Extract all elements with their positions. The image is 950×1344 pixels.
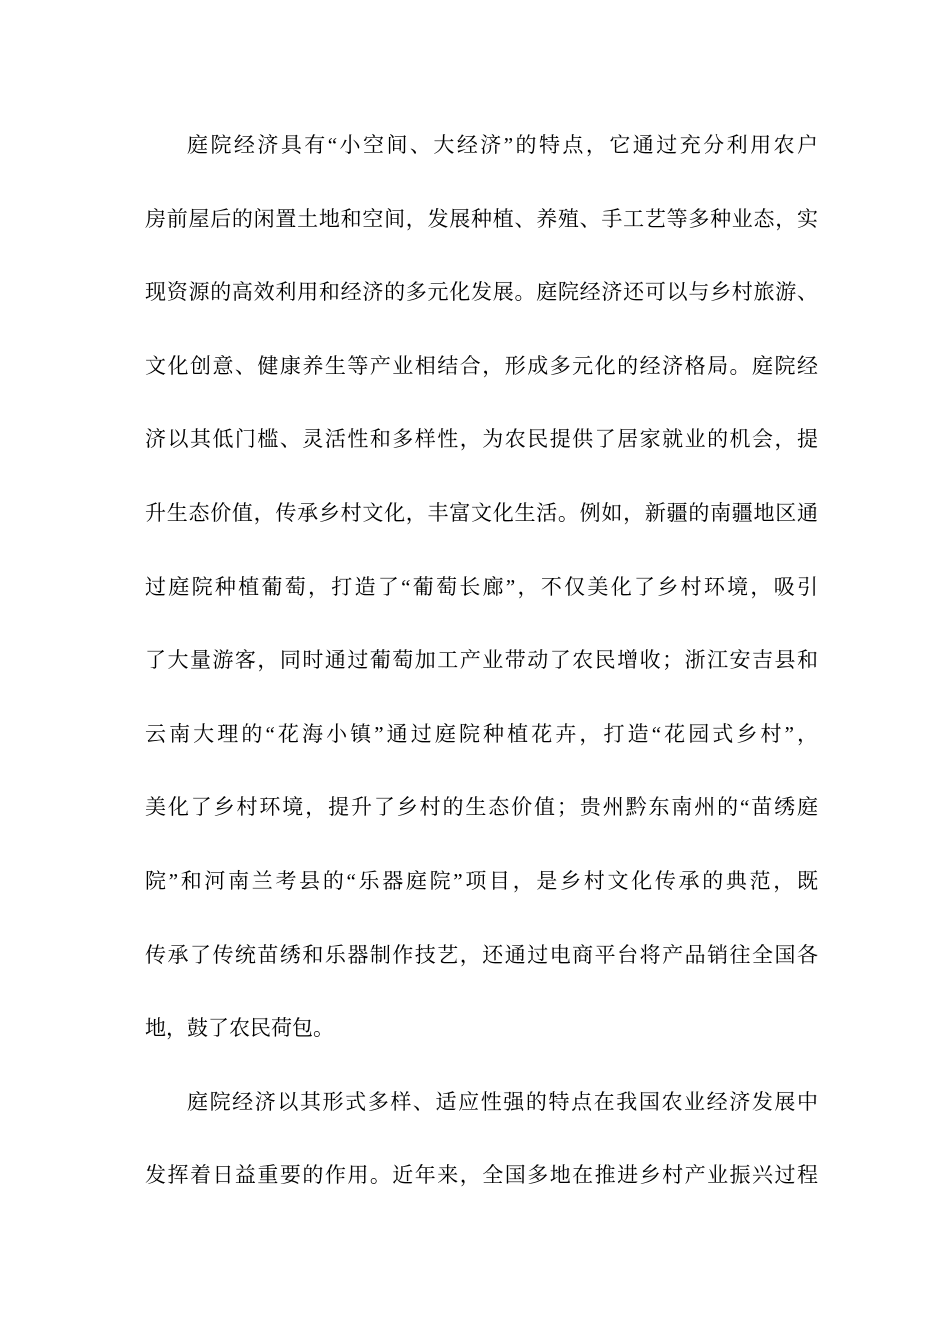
text-line: 房前屋后的闲置土地和空间，发展种植、养殖、手工艺等多种业态，实: [145, 183, 818, 257]
text-line: 云南大理的“花海小镇”通过庭院种植花卉，打造“花园式乡村”，: [145, 698, 818, 772]
text-line: 庭院经济具有“小空间、大经济”的特点，它通过充分利用农户: [145, 109, 818, 183]
text-line: 美化了乡村环境，提升了乡村的生态价值；贵州黔东南州的“苗绣庭: [145, 771, 818, 845]
text-line: 过庭院种植葡萄，打造了“葡萄长廊”，不仅美化了乡村环境，吸引: [145, 551, 818, 625]
document-page: 庭院经济具有“小空间、大经济”的特点，它通过充分利用农户 房前屋后的闲置土地和空…: [0, 0, 950, 1344]
text-line: 地，鼓了农民荷包。: [145, 992, 818, 1066]
document-body: 庭院经济具有“小空间、大经济”的特点，它通过充分利用农户 房前屋后的闲置土地和空…: [145, 109, 818, 1213]
text-line: 现资源的高效利用和经济的多元化发展。庭院经济还可以与乡村旅游、: [145, 256, 818, 330]
text-line: 了大量游客，同时通过葡萄加工产业带动了农民增收；浙江安吉县和: [145, 624, 818, 698]
text-line: 济以其低门槛、灵活性和多样性，为农民提供了居家就业的机会，提: [145, 403, 818, 477]
paragraph-courtyard-economy-role: 庭院经济以其形式多样、适应性强的特点在我国农业经济发展中 发挥着日益重要的作用。…: [145, 1066, 818, 1213]
text-line: 文化创意、健康养生等产业相结合，形成多元化的经济格局。庭院经: [145, 330, 818, 404]
text-line: 升生态价值，传承乡村文化，丰富文化生活。例如，新疆的南疆地区通: [145, 477, 818, 551]
text-line: 庭院经济以其形式多样、适应性强的特点在我国农业经济发展中: [145, 1066, 818, 1140]
text-line: 传承了传统苗绣和乐器制作技艺，还通过电商平台将产品销往全国各: [145, 919, 818, 993]
paragraph-courtyard-economy-features: 庭院经济具有“小空间、大经济”的特点，它通过充分利用农户 房前屋后的闲置土地和空…: [145, 109, 818, 1066]
text-line: 院”和河南兰考县的“乐器庭院”项目，是乡村文化传承的典范，既: [145, 845, 818, 919]
text-line: 发挥着日益重要的作用。近年来，全国多地在推进乡村产业振兴过程: [145, 1139, 818, 1213]
